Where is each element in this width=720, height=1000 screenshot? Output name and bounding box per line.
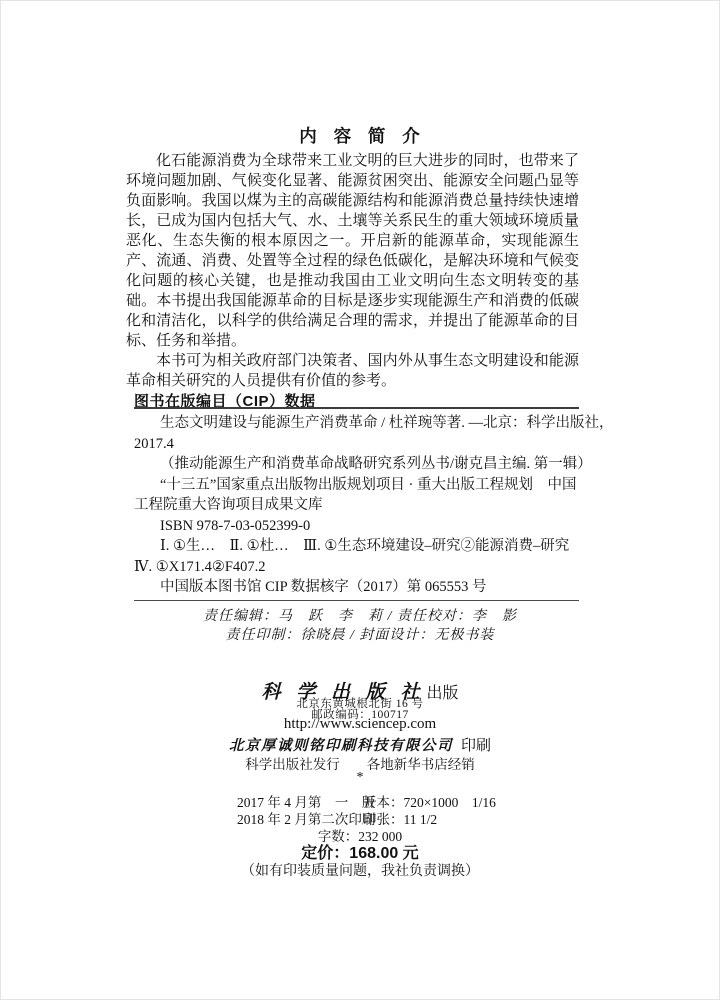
cip-bottom-rule xyxy=(134,600,579,601)
staff-editors-line: 责任编辑：马 跃 李 莉 / 责任校对：李 影 xyxy=(1,607,719,626)
cip-registration-line: 中国版本图书馆 CIP 数据核字（2017）第 065553 号 xyxy=(134,577,579,598)
cip-line: （推动能源生产和消费革命战略研究系列丛书/谢克昌主编. 第一辑） xyxy=(134,454,579,475)
cip-line: 工程院重大咨询项目成果文库 xyxy=(134,495,579,516)
printer-company-name: 北京厚诚则铭印刷科技有限公司 xyxy=(229,738,453,754)
cip-line: 生态文明建设与能源生产消费革命 / 杜祥琬等著. —北京：科学出版社， xyxy=(134,413,579,434)
publisher-website: http://www.sciencep.com xyxy=(1,716,719,733)
star-separator: * xyxy=(1,770,719,786)
summary-paragraph-2: 本书可为相关政府部门决策者、国内外从事生态文明建设和能源革命相关研究的人员提供有… xyxy=(126,351,579,391)
summary-paragraph-1: 化石能源消费为全球带来工业文明的巨大进步的同时，也带来了环境问题加剧、气候变化显… xyxy=(126,151,579,351)
cip-line: “十三五”国家重点出版物出版规划项目 · 重大出版工程规划 中国 xyxy=(134,475,579,496)
printer-line: 北京厚诚则铭印刷科技有限公司印刷 xyxy=(1,734,719,755)
cip-classification-line: Ⅳ. ①X171.4②F407.2 xyxy=(134,557,579,578)
cip-isbn-line: ISBN 978-7-03-052399-0 xyxy=(134,516,579,537)
content-summary: 化石能源消费为全球带来工业文明的巨大进步的同时，也带来了环境问题加剧、气候变化显… xyxy=(126,151,579,391)
cip-line: 2017.4 xyxy=(134,434,579,455)
copyright-page: 内 容 简 介 化石能源消费为全球带来工业文明的巨大进步的同时，也带来了环境问题… xyxy=(0,0,720,1000)
quality-note: （如有印装质量问题，我社负责调换） xyxy=(1,860,719,880)
staff-credits: 责任编辑：马 跃 李 莉 / 责任校对：李 影 责任印制：徐晓晨 / 封面设计：… xyxy=(1,607,719,645)
cip-data-block: 生态文明建设与能源生产消费革命 / 杜祥琬等著. —北京：科学出版社， 2017… xyxy=(134,413,579,598)
cip-classification-line: Ⅰ. ①生… Ⅱ. ①杜… Ⅲ. ①生态环境建设–研究②能源消费–研究 xyxy=(134,536,579,557)
content-summary-title: 内 容 简 介 xyxy=(1,123,719,148)
staff-production-line: 责任印制：徐晓晨 / 封面设计：无极书装 xyxy=(1,626,719,645)
printer-suffix: 印刷 xyxy=(461,738,491,754)
cip-top-rule xyxy=(134,407,579,409)
